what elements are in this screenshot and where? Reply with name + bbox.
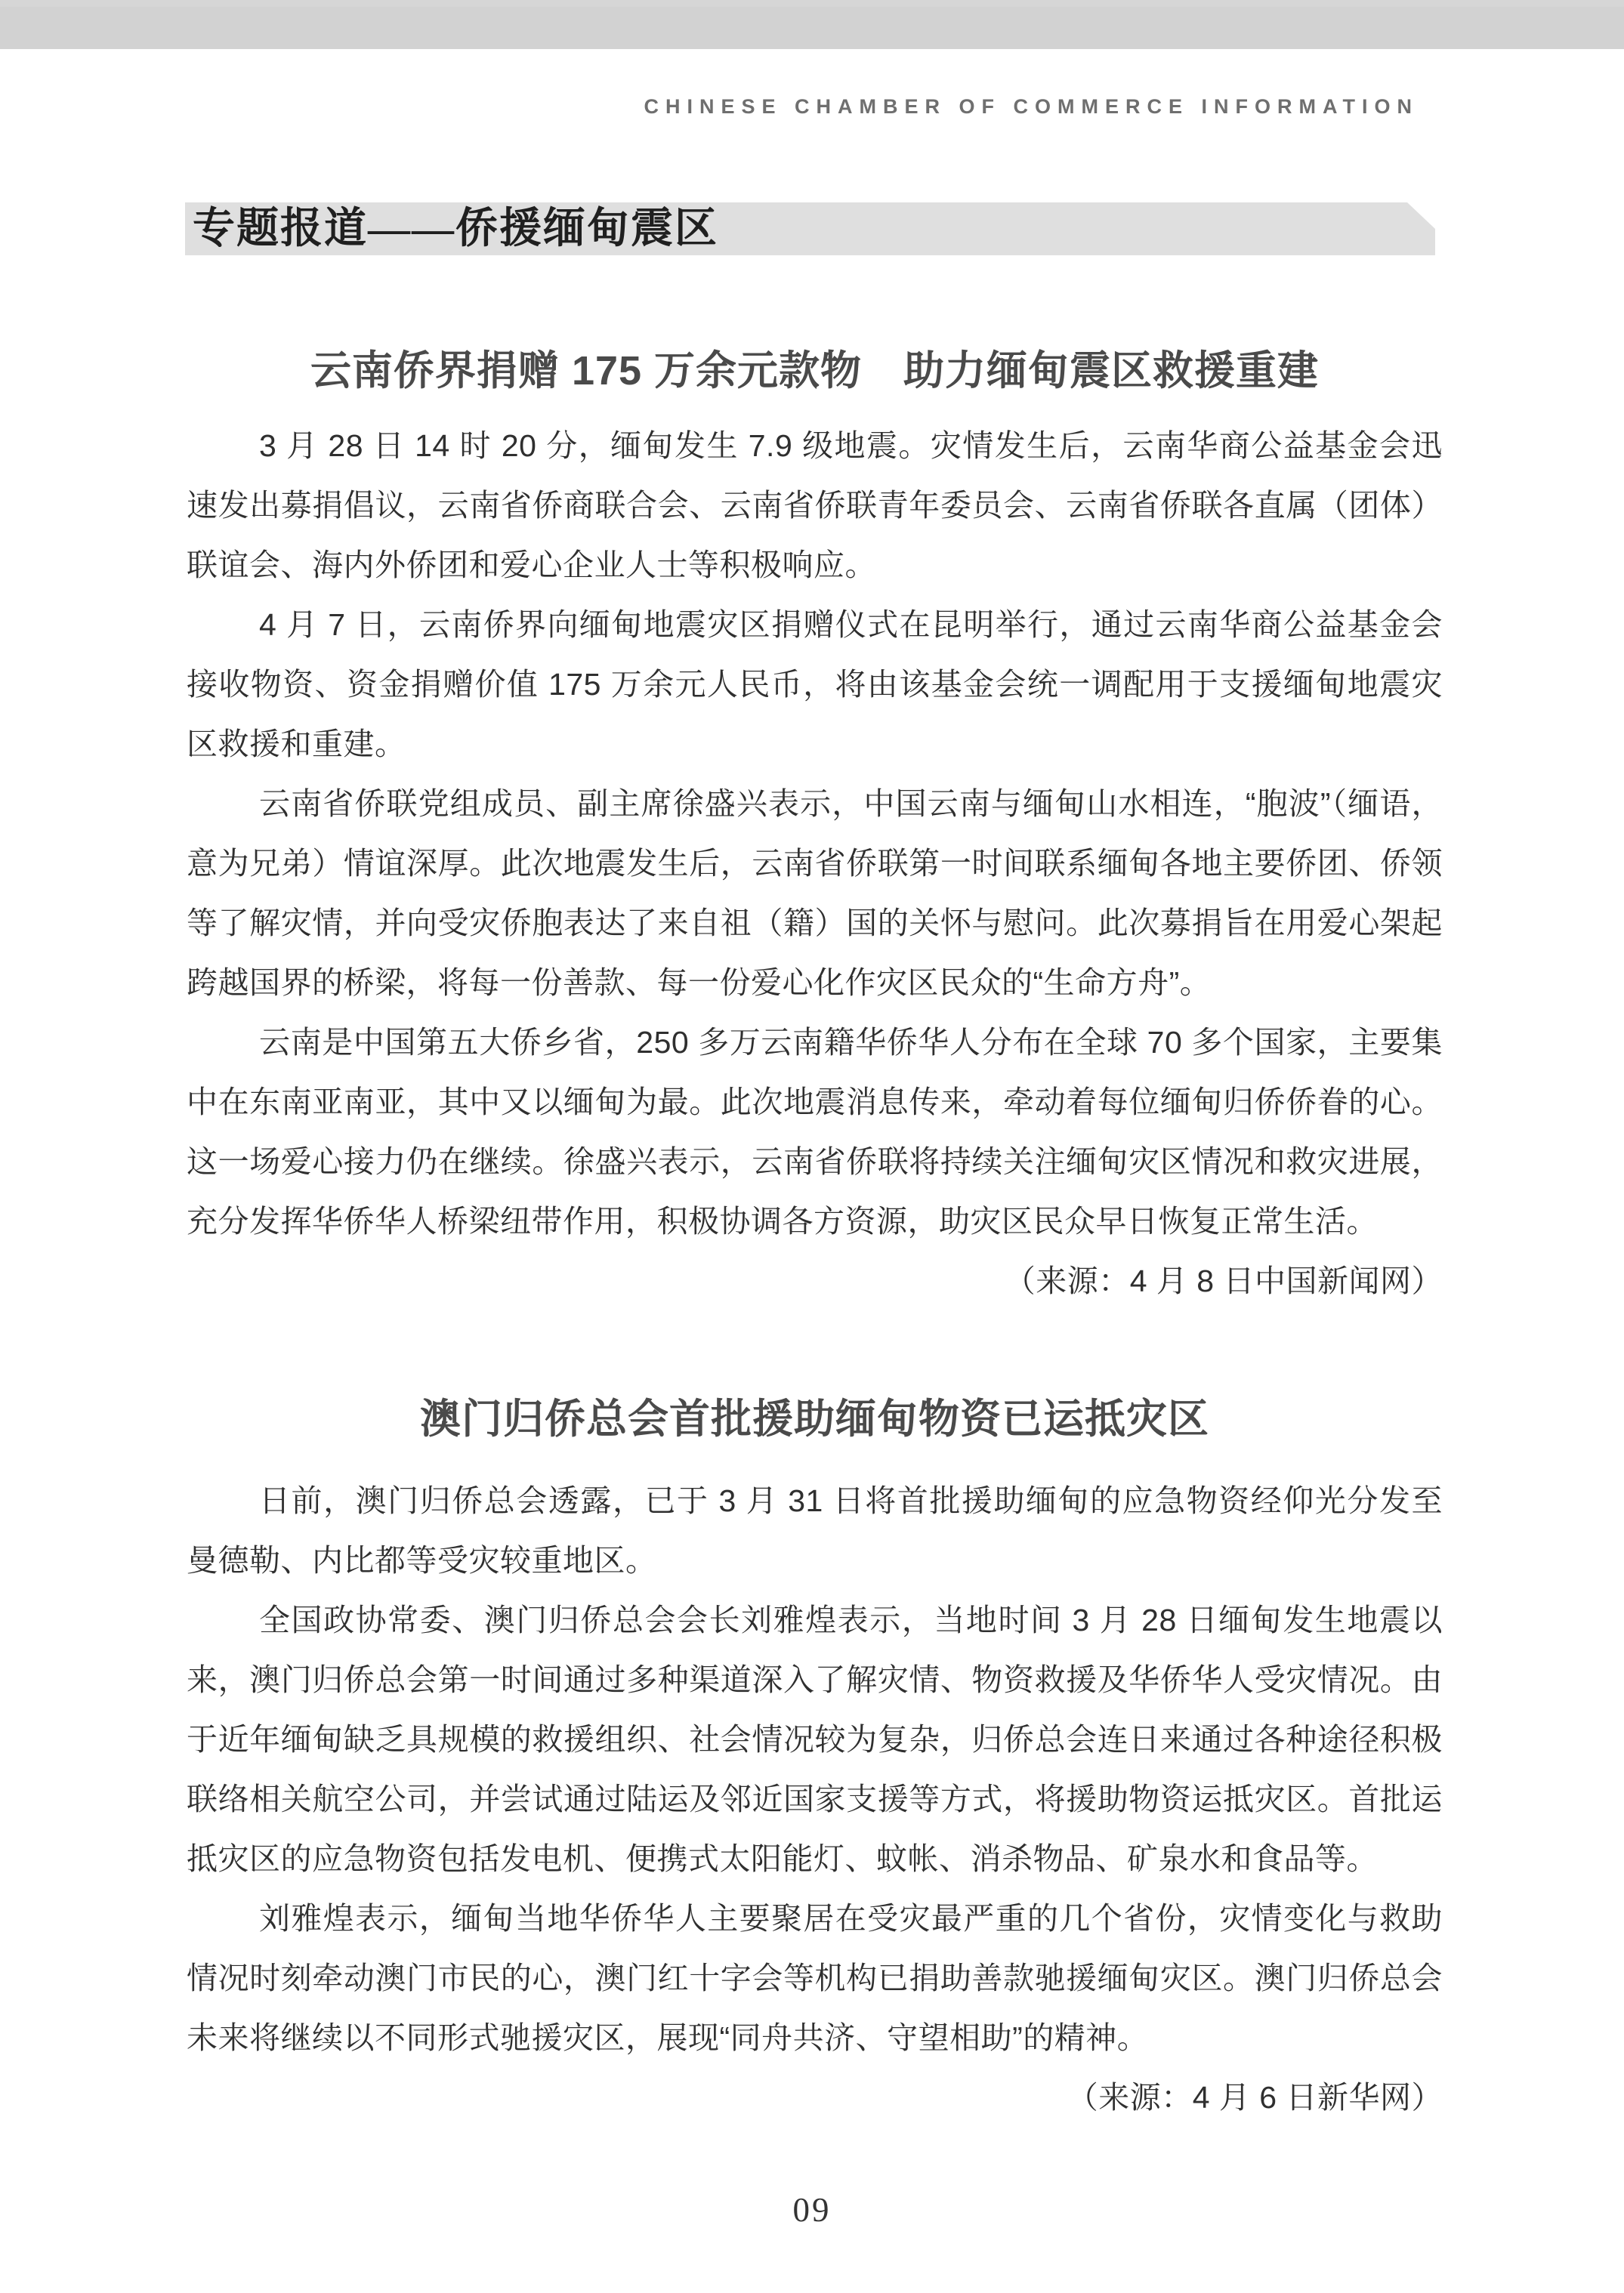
page-number: 09 xyxy=(0,2190,1624,2230)
article-1-paragraph: 3 月 28 日 14 时 20 分，缅甸发生 7.9 级地震。灾情发生后，云南… xyxy=(187,416,1443,595)
article-1-body: 3 月 28 日 14 时 20 分，缅甸发生 7.9 级地震。灾情发生后，云南… xyxy=(187,416,1443,1311)
article-1-paragraph: 云南省侨联党组成员、副主席徐盛兴表示，中国云南与缅甸山水相连，“胞波”（缅语，意… xyxy=(187,774,1443,1013)
article-1-paragraph: 云南是中国第五大侨乡省，250 多万云南籍华侨华人分布在全球 70 多个国家，主… xyxy=(187,1013,1443,1251)
section-header-bar: 专题报道——侨援缅甸震区 xyxy=(185,202,1435,255)
article-2-paragraph: 刘雅煌表示，缅甸当地华侨华人主要聚居在受灾最严重的几个省份，灾情变化与救助情况时… xyxy=(187,1889,1443,2068)
article-1-title: 云南侨界捐赠 175 万余元款物 助力缅甸震区救援重建 xyxy=(187,338,1443,397)
article-2-title: 澳门归侨总会首批援助缅甸物资已运抵灾区 xyxy=(187,1387,1443,1445)
section-title: 专题报道——侨援缅甸震区 xyxy=(185,202,1435,255)
article-2-paragraph: 日前，澳门归侨总会透露，已于 3 月 31 日将首批援助缅甸的应急物资经仰光分发… xyxy=(187,1471,1443,1591)
newsletter-page: CHINESE CHAMBER OF COMMERCE INFORMATION … xyxy=(0,0,1624,2293)
article-2-source: （来源：4 月 6 日新华网） xyxy=(187,2068,1443,2128)
header-bar-thin xyxy=(0,0,1624,7)
article-2-body: 日前，澳门归侨总会透露，已于 3 月 31 日将首批援助缅甸的应急物资经仰光分发… xyxy=(187,1471,1443,2128)
article-1-paragraph: 4 月 7 日，云南侨界向缅甸地震灾区捐赠仪式在昆明举行，通过云南华商公益基金会… xyxy=(187,595,1443,774)
article-1-source: （来源：4 月 8 日中国新闻网） xyxy=(187,1251,1443,1311)
header-banner-text: CHINESE CHAMBER OF COMMERCE INFORMATION xyxy=(644,95,1419,119)
header-bar xyxy=(0,0,1624,49)
article-2-paragraph: 全国政协常委、澳门归侨总会会长刘雅煌表示，当地时间 3 月 28 日缅甸发生地震… xyxy=(187,1591,1443,1889)
